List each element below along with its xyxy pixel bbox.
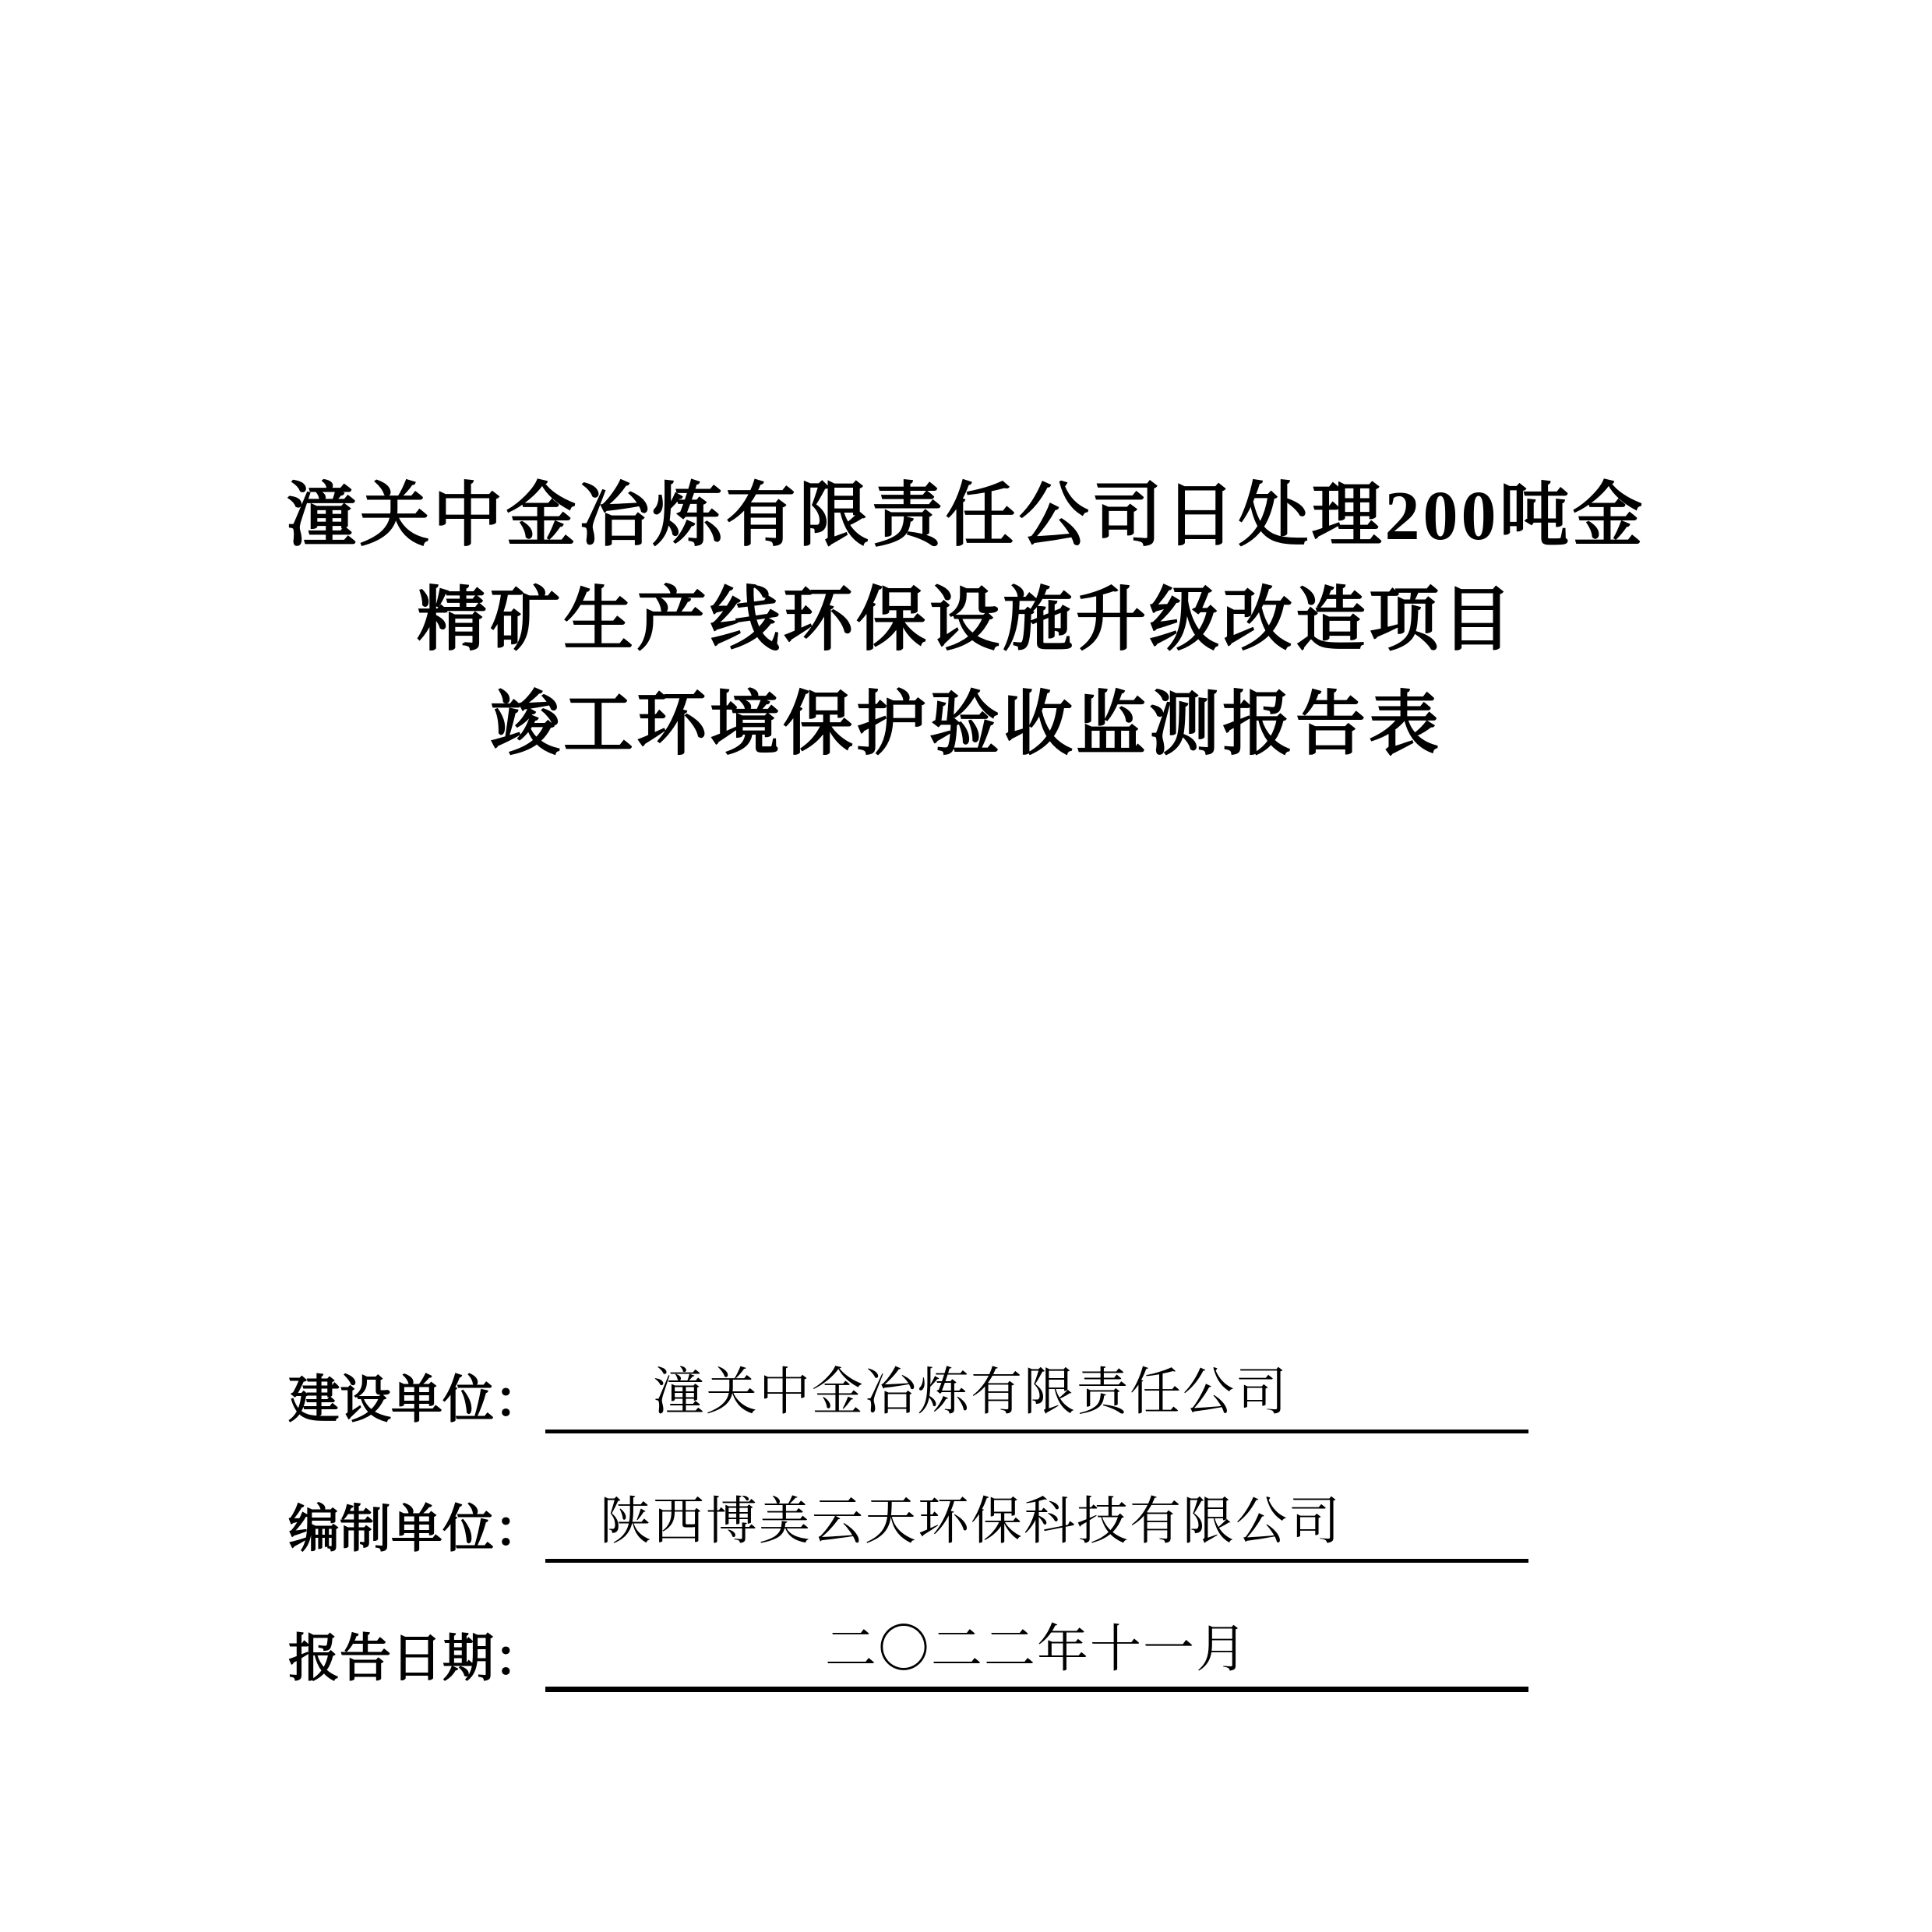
report-cover-page: 潼关中金冶炼有限责任公司日处理200吨金 精矿生产线环保设施升级改造项目 竣工环… xyxy=(0,0,1932,1932)
report-date-label: 报告日期： xyxy=(288,1624,545,1692)
cover-fields: 建设单位： 潼关中金冶炼有限责任公司 编制单位： 陕西博美云天环保科技有限公司 … xyxy=(288,1362,1528,1692)
compiling-unit-value: 陕西博美云天环保科技有限公司 xyxy=(545,1489,1528,1563)
report-title-line-3: 竣工环境保护验收监测报告表 xyxy=(0,673,1932,777)
field-row-report-date: 报告日期： 二〇二二年十一月 xyxy=(288,1620,1528,1692)
report-date-value: 二〇二二年十一月 xyxy=(545,1616,1528,1692)
report-title-line-1: 潼关中金冶炼有限责任公司日处理200吨金 xyxy=(0,464,1932,569)
report-title-line-2: 精矿生产线环保设施升级改造项目 xyxy=(0,569,1932,673)
report-title: 潼关中金冶炼有限责任公司日处理200吨金 精矿生产线环保设施升级改造项目 竣工环… xyxy=(0,464,1932,777)
construction-unit-value: 潼关中金冶炼有限责任公司 xyxy=(545,1359,1528,1433)
field-row-construction-unit: 建设单位： 潼关中金冶炼有限责任公司 xyxy=(288,1362,1528,1433)
construction-unit-label: 建设单位： xyxy=(288,1365,545,1433)
field-row-compiling-unit: 编制单位： 陕西博美云天环保科技有限公司 xyxy=(288,1491,1528,1563)
compiling-unit-label: 编制单位： xyxy=(288,1494,545,1563)
